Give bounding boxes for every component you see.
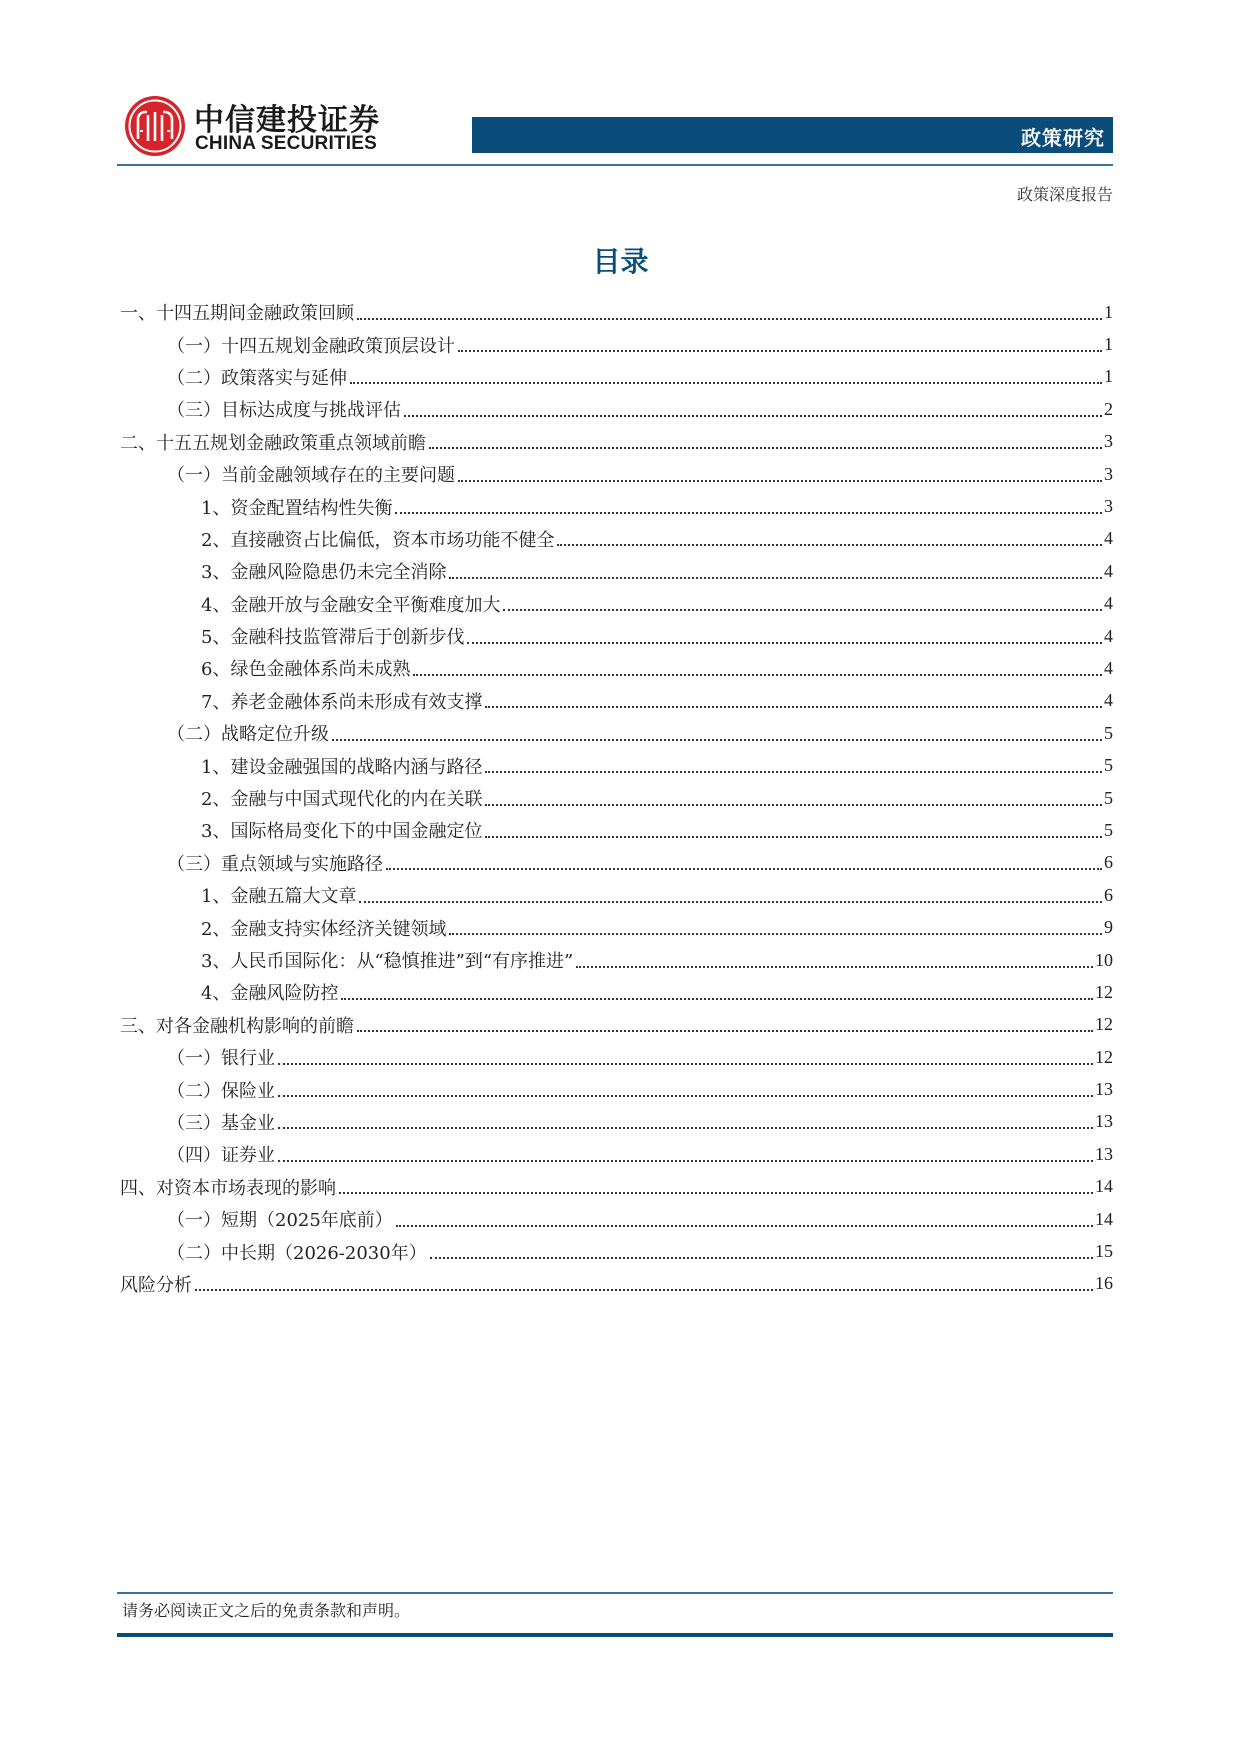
toc-dot-leader <box>485 835 1102 838</box>
table-of-contents: 一、十四五期间金融政策回顾1（一）十四五规划金融政策顶层设计1（二）政策落实与延… <box>120 296 1113 1300</box>
toc-dot-leader <box>350 381 1102 384</box>
toc-entry-label[interactable]: 一、十四五期间金融政策回顾 <box>120 299 357 325</box>
toc-entry[interactable]: （二）中长期（2026-2030年）15 <box>120 1235 1113 1267</box>
toc-entry-page[interactable]: 4 <box>1104 658 1113 679</box>
toc-entry-label[interactable]: 4、金融开放与金融安全平衡难度加大 <box>201 591 503 617</box>
toc-entry-label[interactable]: （一）当前金融领域存在的主要问题 <box>167 461 458 487</box>
citic-logo-icon <box>124 95 186 157</box>
toc-entry-label[interactable]: （二）战略定位升级 <box>167 720 332 746</box>
toc-entry-page[interactable]: 16 <box>1095 1273 1113 1294</box>
toc-entry-page[interactable]: 14 <box>1095 1176 1113 1197</box>
toc-entry-page[interactable]: 1 <box>1104 334 1113 355</box>
toc-entry-page[interactable]: 1 <box>1104 366 1113 387</box>
toc-entry-label[interactable]: 4、金融风险防控 <box>201 979 341 1005</box>
toc-dot-leader <box>557 543 1102 546</box>
toc-dot-leader <box>341 997 1093 1000</box>
toc-title: 目录 <box>0 240 1241 280</box>
toc-dot-leader <box>404 414 1102 417</box>
toc-entry[interactable]: 3、国际格局变化下的中国金融定位5 <box>120 814 1113 846</box>
toc-entry-label[interactable]: （一）银行业 <box>167 1044 278 1070</box>
section-label: 政策研究 <box>1021 122 1105 151</box>
toc-entry-label[interactable]: 四、对资本市场表现的影响 <box>120 1174 339 1200</box>
toc-dot-leader <box>278 1094 1093 1097</box>
toc-dot-leader <box>359 900 1102 903</box>
toc-entry-page[interactable]: 4 <box>1104 690 1113 711</box>
toc-entry[interactable]: 3、金融风险隐患仍未完全消除4 <box>120 555 1113 587</box>
toc-dot-leader <box>332 738 1102 741</box>
toc-entry-label[interactable]: 二、十五五规划金融政策重点领域前瞻 <box>120 429 429 455</box>
toc-entry-label[interactable]: 5、金融科技监管滞后于创新步伐 <box>201 623 467 649</box>
toc-entry-label[interactable]: 3、人民币国际化：从“稳慎推进”到“有序推进” <box>201 947 576 973</box>
company-logo: 中信建投证券 CHINA SECURITIES <box>124 95 394 157</box>
toc-entry[interactable]: 四、对资本市场表现的影响14 <box>120 1171 1113 1203</box>
toc-entry-label[interactable]: 6、绿色金融体系尚未成熟 <box>201 655 413 681</box>
toc-entry-label[interactable]: 三、对各金融机构影响的前瞻 <box>120 1012 357 1038</box>
toc-entry-page[interactable]: 2 <box>1104 399 1113 420</box>
footer-disclaimer: 请务必阅读正文之后的免责条款和声明。 <box>122 1598 410 1621</box>
toc-entry-label[interactable]: （三）重点领域与实施路径 <box>167 850 386 876</box>
toc-dot-leader <box>278 1159 1093 1162</box>
toc-entry[interactable]: （三）基金业13 <box>120 1106 1113 1138</box>
footer-divider-top <box>117 1592 1113 1594</box>
toc-entry-page[interactable]: 3 <box>1104 496 1113 517</box>
toc-dot-leader <box>485 803 1102 806</box>
toc-dot-leader <box>278 1126 1093 1129</box>
toc-entry-page[interactable]: 15 <box>1095 1241 1113 1262</box>
toc-dot-leader <box>195 1288 1093 1291</box>
report-type-label: 政策深度报告 <box>1017 182 1113 205</box>
toc-entry-page[interactable]: 4 <box>1104 528 1113 549</box>
toc-entry-label[interactable]: 1、金融五篇大文章 <box>201 882 359 908</box>
toc-entry-page[interactable]: 4 <box>1104 593 1113 614</box>
toc-entry[interactable]: 2、金融与中国式现代化的内在关联5 <box>120 782 1113 814</box>
toc-entry[interactable]: 4、金融风险防控12 <box>120 976 1113 1008</box>
toc-entry-page[interactable]: 5 <box>1104 755 1113 776</box>
toc-entry-page[interactable]: 3 <box>1104 464 1113 485</box>
toc-entry[interactable]: 2、金融支持实体经济关键领域9 <box>120 911 1113 943</box>
toc-dot-leader <box>485 705 1102 708</box>
toc-dot-leader <box>278 1062 1093 1065</box>
toc-entry-page[interactable]: 12 <box>1095 1014 1113 1035</box>
toc-dot-leader <box>467 641 1102 644</box>
toc-dot-leader <box>503 608 1102 611</box>
toc-entry-page[interactable]: 12 <box>1095 1047 1113 1068</box>
toc-entry-page[interactable]: 5 <box>1104 788 1113 809</box>
toc-entry-label[interactable]: 风险分析 <box>120 1271 195 1297</box>
toc-entry-label[interactable]: （二）保险业 <box>167 1077 278 1103</box>
toc-entry-page[interactable]: 13 <box>1095 1144 1113 1165</box>
toc-dot-leader <box>357 1029 1093 1032</box>
toc-entry[interactable]: 风险分析16 <box>120 1268 1113 1300</box>
toc-entry[interactable]: （二）政策落实与延伸1 <box>120 361 1113 393</box>
toc-entry-page[interactable]: 14 <box>1095 1209 1113 1230</box>
toc-dot-leader <box>458 479 1102 482</box>
toc-entry-page[interactable]: 3 <box>1104 431 1113 452</box>
toc-entry-label[interactable]: 7、养老金融体系尚未形成有效支撑 <box>201 688 485 714</box>
section-banner: 政策研究 <box>472 117 1113 153</box>
toc-dot-leader <box>357 317 1102 320</box>
toc-entry-page[interactable]: 5 <box>1104 723 1113 744</box>
toc-dot-leader <box>339 1191 1093 1194</box>
toc-dot-leader <box>429 446 1102 449</box>
toc-dot-leader <box>449 932 1102 935</box>
toc-entry-page[interactable]: 4 <box>1104 561 1113 582</box>
toc-entry[interactable]: （一）短期（2025年底前）14 <box>120 1203 1113 1235</box>
toc-dot-leader <box>386 867 1102 870</box>
toc-entry-label[interactable]: 3、金融风险隐患仍未完全消除 <box>201 558 449 584</box>
logo-name-en: CHINA SECURITIES <box>195 133 377 155</box>
toc-entry[interactable]: 一、十四五期间金融政策回顾1 <box>120 296 1113 328</box>
toc-entry-page[interactable]: 1 <box>1104 302 1113 323</box>
toc-entry-label[interactable]: 3、国际格局变化下的中国金融定位 <box>201 817 485 843</box>
toc-entry-label[interactable]: （三）基金业 <box>167 1109 278 1135</box>
toc-entry-label[interactable]: 2、直接融资占比偏低，资本市场功能不健全 <box>201 526 557 552</box>
toc-entry-label[interactable]: 1、资金配置结构性失衡 <box>201 494 395 520</box>
toc-dot-leader <box>396 1224 1093 1227</box>
toc-entry[interactable]: 1、资金配置结构性失衡3 <box>120 490 1113 522</box>
toc-entry-page[interactable]: 4 <box>1104 626 1113 647</box>
toc-entry[interactable]: 2、直接融资占比偏低，资本市场功能不健全4 <box>120 523 1113 555</box>
toc-entry-label[interactable]: （二）中长期（2026-2030年） <box>167 1239 430 1265</box>
toc-entry[interactable]: 7、养老金融体系尚未形成有效支撑4 <box>120 685 1113 717</box>
toc-entry[interactable]: 1、金融五篇大文章6 <box>120 879 1113 911</box>
toc-entry-page[interactable]: 10 <box>1095 950 1113 971</box>
toc-dot-leader <box>395 511 1102 514</box>
toc-dot-leader <box>430 1256 1093 1259</box>
toc-entry[interactable]: 3、人民币国际化：从“稳慎推进”到“有序推进”10 <box>120 944 1113 976</box>
toc-entry-label[interactable]: （一）短期（2025年底前） <box>167 1206 396 1232</box>
toc-entry-page[interactable]: 13 <box>1095 1079 1113 1100</box>
toc-entry[interactable]: 5、金融科技监管滞后于创新步伐4 <box>120 620 1113 652</box>
toc-entry-label[interactable]: （一）十四五规划金融政策顶层设计 <box>167 332 458 358</box>
toc-entry-page[interactable]: 12 <box>1095 982 1113 1003</box>
toc-entry[interactable]: （一）银行业12 <box>120 1041 1113 1073</box>
toc-dot-leader <box>485 770 1102 773</box>
header-divider <box>117 164 1113 166</box>
toc-dot-leader <box>576 965 1093 968</box>
toc-entry-page[interactable]: 6 <box>1104 885 1113 906</box>
toc-entry[interactable]: （一）当前金融领域存在的主要问题3 <box>120 458 1113 490</box>
toc-dot-leader <box>449 576 1102 579</box>
toc-dot-leader <box>458 349 1102 352</box>
toc-dot-leader <box>413 673 1102 676</box>
toc-entry-label[interactable]: （二）政策落实与延伸 <box>167 364 350 390</box>
toc-entry[interactable]: 4、金融开放与金融安全平衡难度加大4 <box>120 588 1113 620</box>
toc-entry[interactable]: 三、对各金融机构影响的前瞻12 <box>120 1009 1113 1041</box>
toc-entry[interactable]: （二）保险业13 <box>120 1073 1113 1105</box>
toc-entry-page[interactable]: 9 <box>1104 917 1113 938</box>
toc-entry-page[interactable]: 6 <box>1104 852 1113 873</box>
toc-entry[interactable]: 1、建设金融强国的战略内涵与路径5 <box>120 749 1113 781</box>
footer-divider-bottom <box>117 1633 1113 1637</box>
toc-entry-label[interactable]: 2、金融与中国式现代化的内在关联 <box>201 785 485 811</box>
toc-entry[interactable]: （二）战略定位升级5 <box>120 717 1113 749</box>
toc-entry-page[interactable]: 13 <box>1095 1111 1113 1132</box>
toc-entry[interactable]: 二、十五五规划金融政策重点领域前瞻3 <box>120 426 1113 458</box>
toc-entry[interactable]: （一）十四五规划金融政策顶层设计1 <box>120 328 1113 360</box>
toc-entry-label[interactable]: （三）目标达成度与挑战评估 <box>167 396 404 422</box>
toc-entry[interactable]: （三）目标达成度与挑战评估2 <box>120 393 1113 425</box>
toc-entry-label[interactable]: 2、金融支持实体经济关键领域 <box>201 915 449 941</box>
toc-entry-page[interactable]: 5 <box>1104 820 1113 841</box>
toc-entry[interactable]: （四）证券业13 <box>120 1138 1113 1170</box>
toc-entry[interactable]: 6、绿色金融体系尚未成熟4 <box>120 652 1113 684</box>
toc-entry-label[interactable]: （四）证券业 <box>167 1141 278 1167</box>
toc-entry-label[interactable]: 1、建设金融强国的战略内涵与路径 <box>201 753 485 779</box>
toc-entry[interactable]: （三）重点领域与实施路径6 <box>120 847 1113 879</box>
